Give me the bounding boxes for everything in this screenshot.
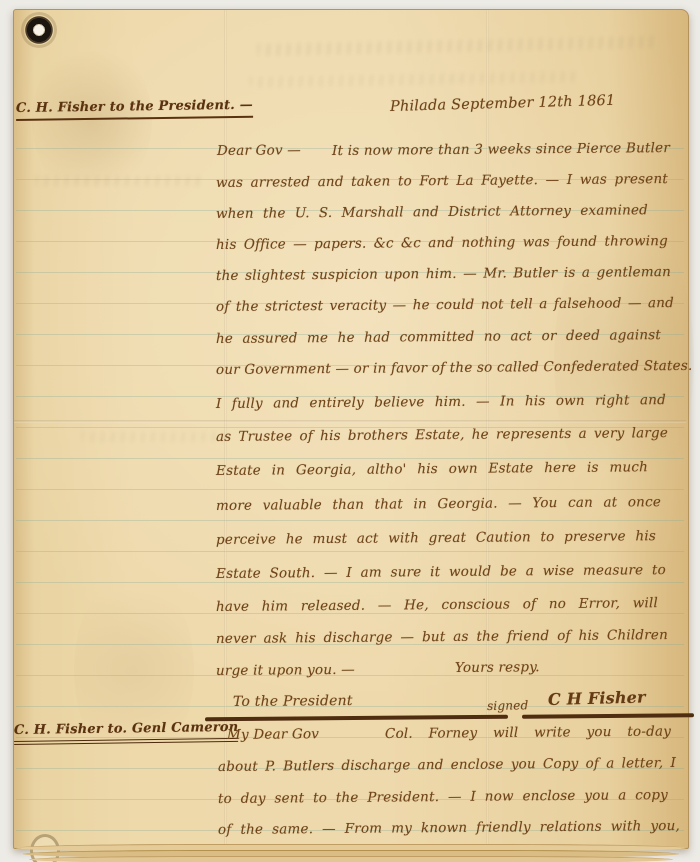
signed-label: signed xyxy=(487,698,529,713)
letter-line: urge it upon you. — xyxy=(216,662,355,679)
salutation: My Dear Gov xyxy=(227,726,319,743)
salutation: Dear Gov — xyxy=(217,142,301,159)
signature: C H Fisher xyxy=(548,687,646,709)
sheet-edge xyxy=(29,856,672,862)
letter-line: It is now more than 3 weeks since Pierce… xyxy=(332,140,670,159)
page-stack-edges xyxy=(16,844,686,862)
margin-note-president: C. H. Fisher to the President. — xyxy=(16,98,253,121)
addressee: To the President xyxy=(233,693,353,710)
closing: Yours respy. xyxy=(455,659,540,676)
margin-note-cameron: C. H. Fisher to. Genl Cameron xyxy=(14,720,239,745)
binder-grommet-icon xyxy=(24,15,54,45)
letter-line: Col. Forney will write you to-day xyxy=(385,724,671,742)
